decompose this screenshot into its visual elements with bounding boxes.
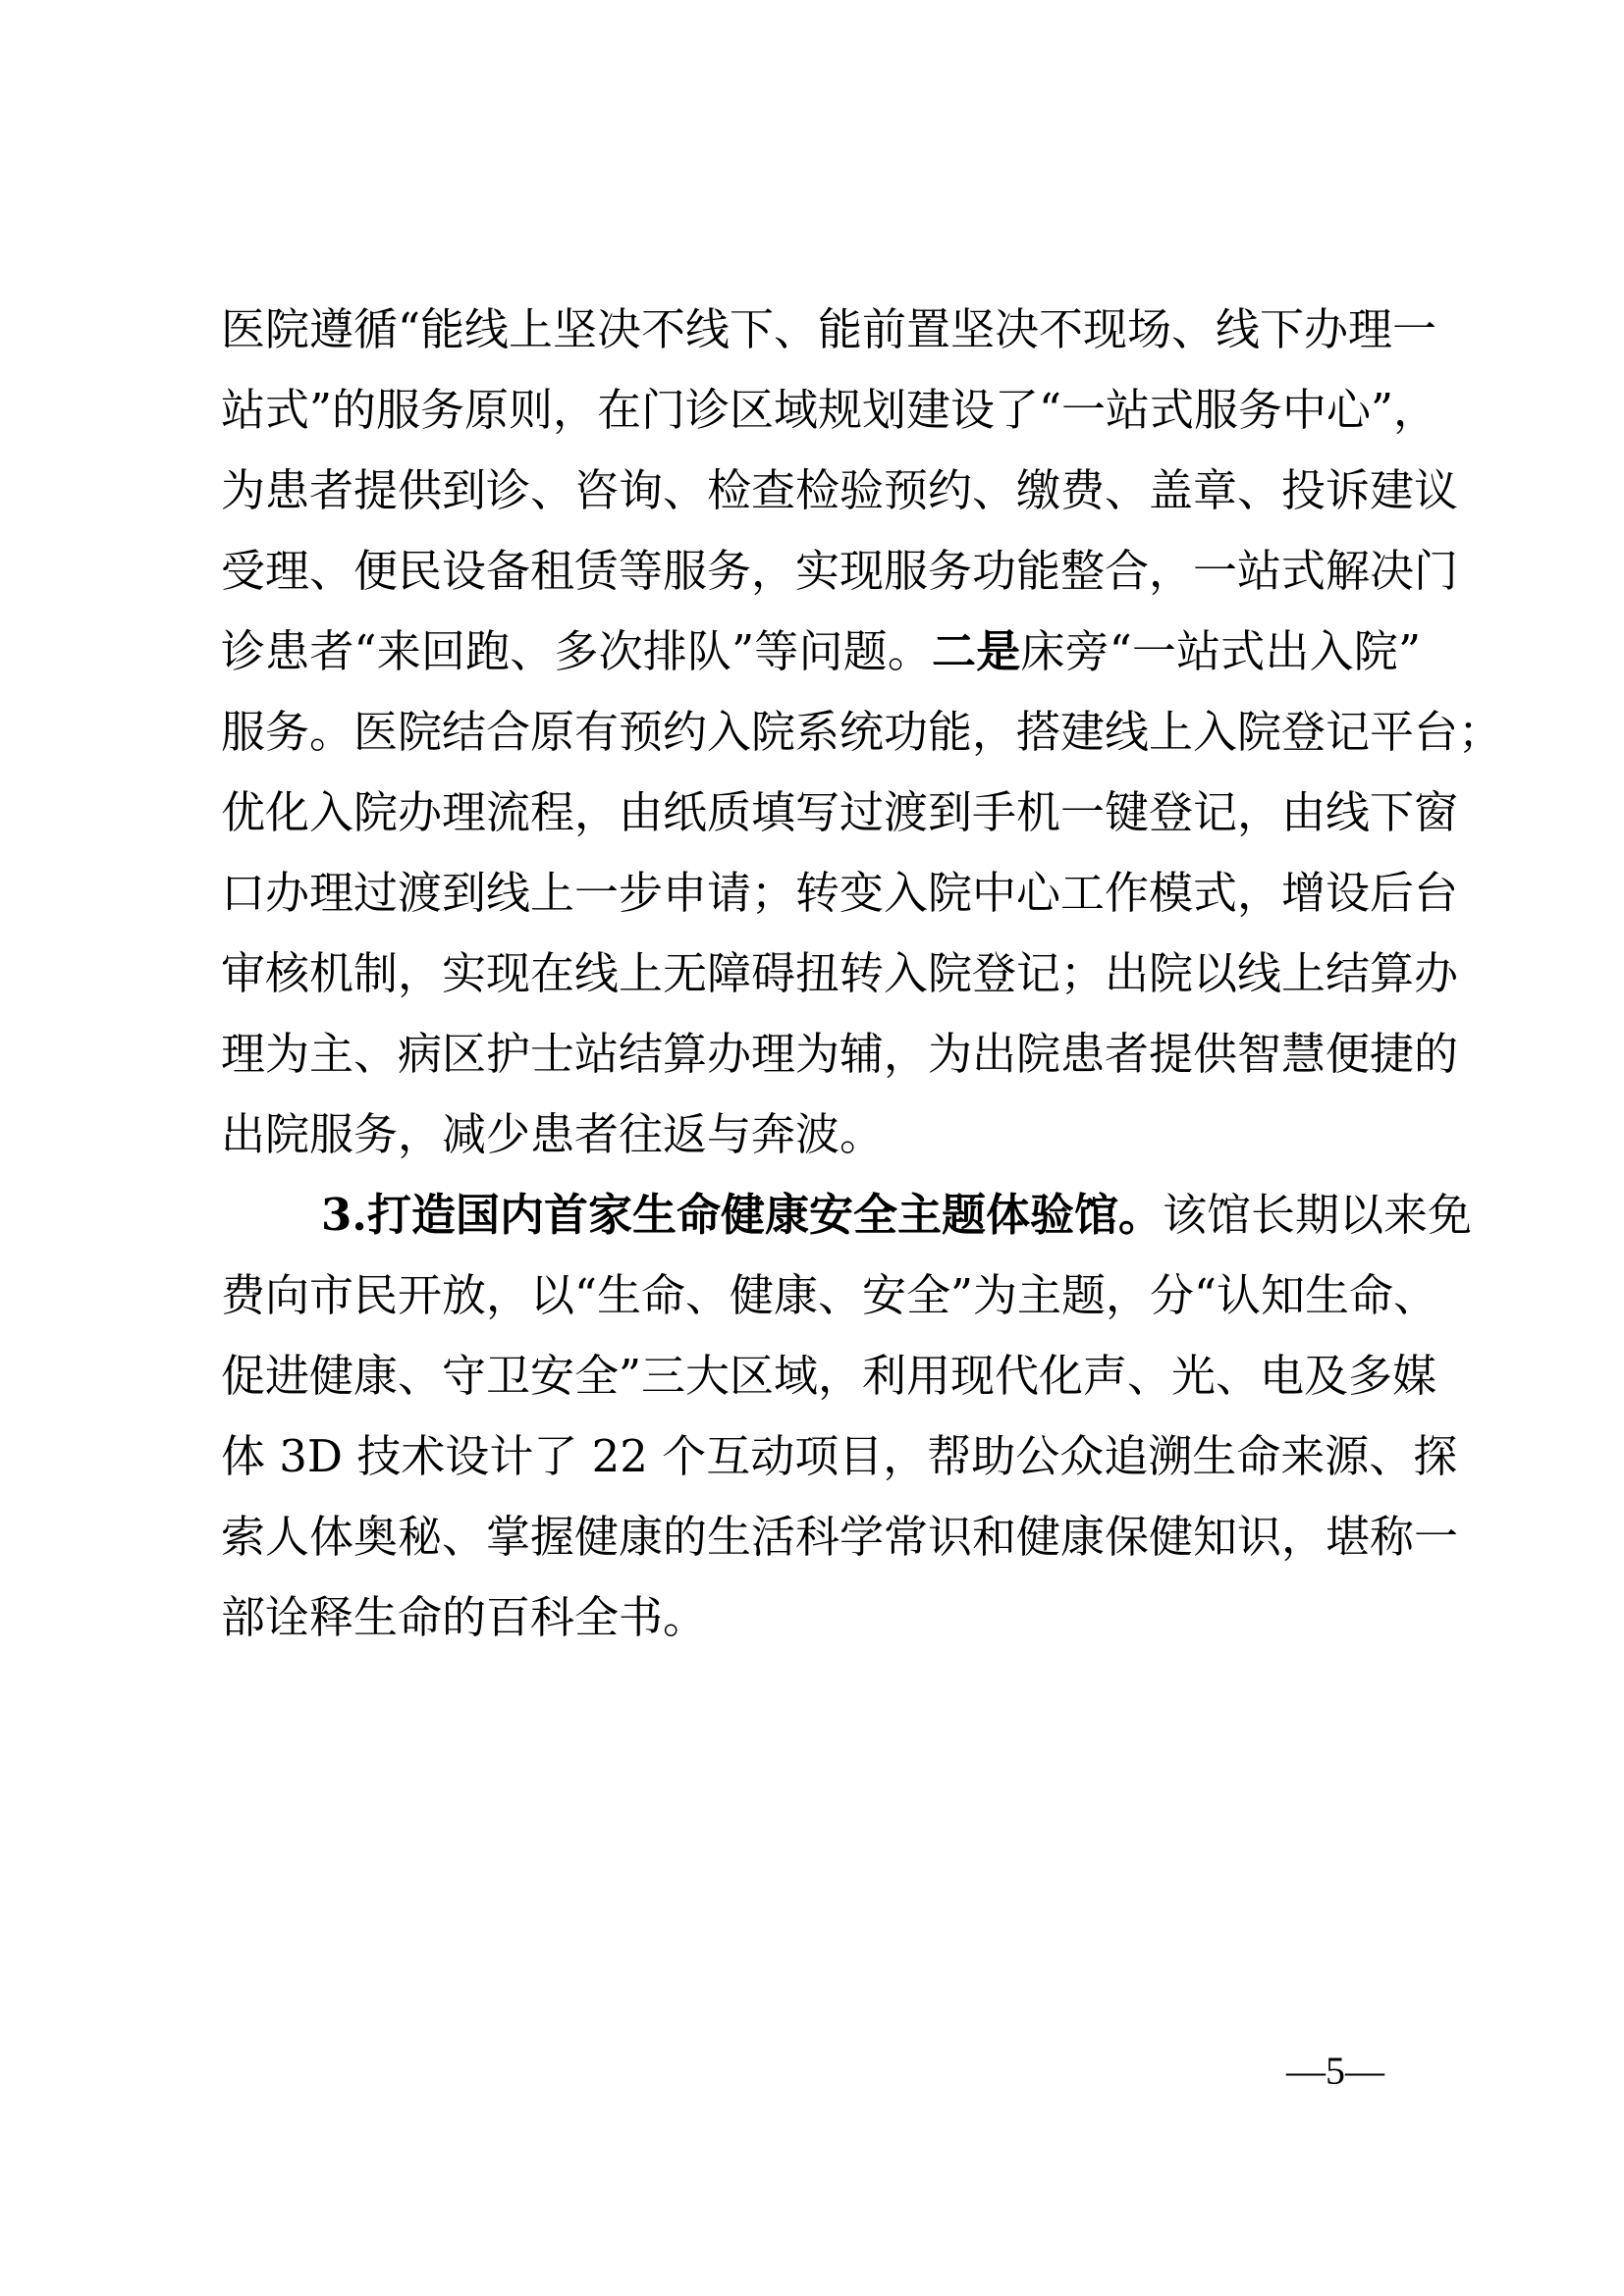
text-segment: 口办理过渡到线上一步申请；转变入院中心工作模式，增设后台: [221, 867, 1458, 919]
text-line: 索人体奥秘、掌握健康的生活科学常识和健康保健知识，堪称一: [221, 1508, 1421, 1588]
document-page: 医院遵循“能线上坚决不线下、能前置坚决不现场、线下办理一 站式”的服务原则，在门…: [0, 0, 1624, 2296]
text-segment: 促进健康、守卫安全”三大区域，利用现代化声、光、电及多媒: [221, 1350, 1436, 1402]
text-line: 审核机制，实现在线上无障碍扭转入院登记；出院以线上结算办: [221, 944, 1421, 1025]
section-heading: 3.打造国内首家生命健康安全主题体验馆。: [321, 1189, 1163, 1241]
text-line: 为患者提供到诊、咨询、检查检验预约、缴费、盖章、投诉建议: [221, 461, 1421, 542]
text-segment: 站式”的服务原则，在门诊区域规划建设了“一站式服务中心”，: [221, 384, 1437, 436]
text-segment: 体 3D 技术设计了 22 个互动项目，帮助公众追溯生命来源、探: [221, 1430, 1457, 1482]
section-heading-line: 3.打造国内首家生命健康安全主题体验馆。该馆长期以来免: [221, 1186, 1421, 1266]
text-line: 部诠释生命的百科全书。: [221, 1588, 1421, 1669]
text-line: 优化入院办理流程，由纸质填写过渡到手机一键登记，由线下窗: [221, 783, 1421, 864]
text-segment: 优化入院办理流程，由纸质填写过渡到手机一键登记，由线下窗: [221, 786, 1458, 838]
body-text: 医院遵循“能线上坚决不线下、能前置坚决不现场、线下办理一 站式”的服务原则，在门…: [221, 300, 1421, 1669]
text-segment: 服务。医院结合原有预约入院系统功能，搭建线上入院登记平台；: [221, 706, 1502, 758]
text-segment: 审核机制，实现在线上无障碍扭转入院登记；出院以线上结算办: [221, 947, 1458, 999]
text-line: 促进健康、守卫安全”三大区域，利用现代化声、光、电及多媒: [221, 1347, 1421, 1427]
text-segment: 医院遵循“能线上坚决不线下、能前置坚决不现场、线下办理一: [221, 303, 1436, 355]
text-line: 费向市民开放，以“生命、健康、安全”为主题，分“认知生命、: [221, 1266, 1421, 1347]
text-segment: 床旁“一站式出入院”: [1020, 625, 1421, 677]
text-line: 服务。医院结合原有预约入院系统功能，搭建线上入院登记平台；: [221, 703, 1421, 783]
text-line: 口办理过渡到线上一步申请；转变入院中心工作模式，增设后台: [221, 864, 1421, 944]
text-segment: 理为主、病区护士站结算办理为辅，为出院患者提供智慧便捷的: [221, 1028, 1458, 1080]
text-line: 理为主、病区护士站结算办理为辅，为出院患者提供智慧便捷的: [221, 1025, 1421, 1105]
text-line: 诊患者“来回跑、多次排队”等问题。二是床旁“一站式出入院”: [221, 622, 1421, 703]
text-segment: 该馆长期以来免: [1163, 1189, 1472, 1241]
text-segment: 索人体奥秘、掌握健康的生活科学常识和健康保健知识，堪称一: [221, 1511, 1458, 1563]
text-line: 体 3D 技术设计了 22 个互动项目，帮助公众追溯生命来源、探: [221, 1427, 1421, 1508]
bold-lead-phrase: 二是: [932, 625, 1020, 677]
text-line: 医院遵循“能线上坚决不线下、能前置坚决不现场、线下办理一: [221, 300, 1421, 381]
text-segment: 出院服务，减少患者往返与奔波。: [221, 1108, 884, 1160]
text-line: 受理、便民设备租赁等服务，实现服务功能整合，一站式解决门: [221, 542, 1421, 622]
text-segment: 诊患者“来回跑、多次排队”等问题。: [221, 625, 932, 677]
text-segment: 受理、便民设备租赁等服务，实现服务功能整合，一站式解决门: [221, 545, 1458, 597]
page-number: —5—: [1272, 2052, 1399, 2091]
text-line: 出院服务，减少患者往返与奔波。: [221, 1105, 1421, 1186]
text-segment: 部诠释生命的百科全书。: [221, 1591, 707, 1643]
text-segment: 为患者提供到诊、咨询、检查检验预约、缴费、盖章、投诉建议: [221, 464, 1458, 516]
text-segment: 费向市民开放，以“生命、健康、安全”为主题，分“认知生命、: [221, 1269, 1437, 1321]
text-line: 站式”的服务原则，在门诊区域规划建设了“一站式服务中心”，: [221, 381, 1421, 461]
